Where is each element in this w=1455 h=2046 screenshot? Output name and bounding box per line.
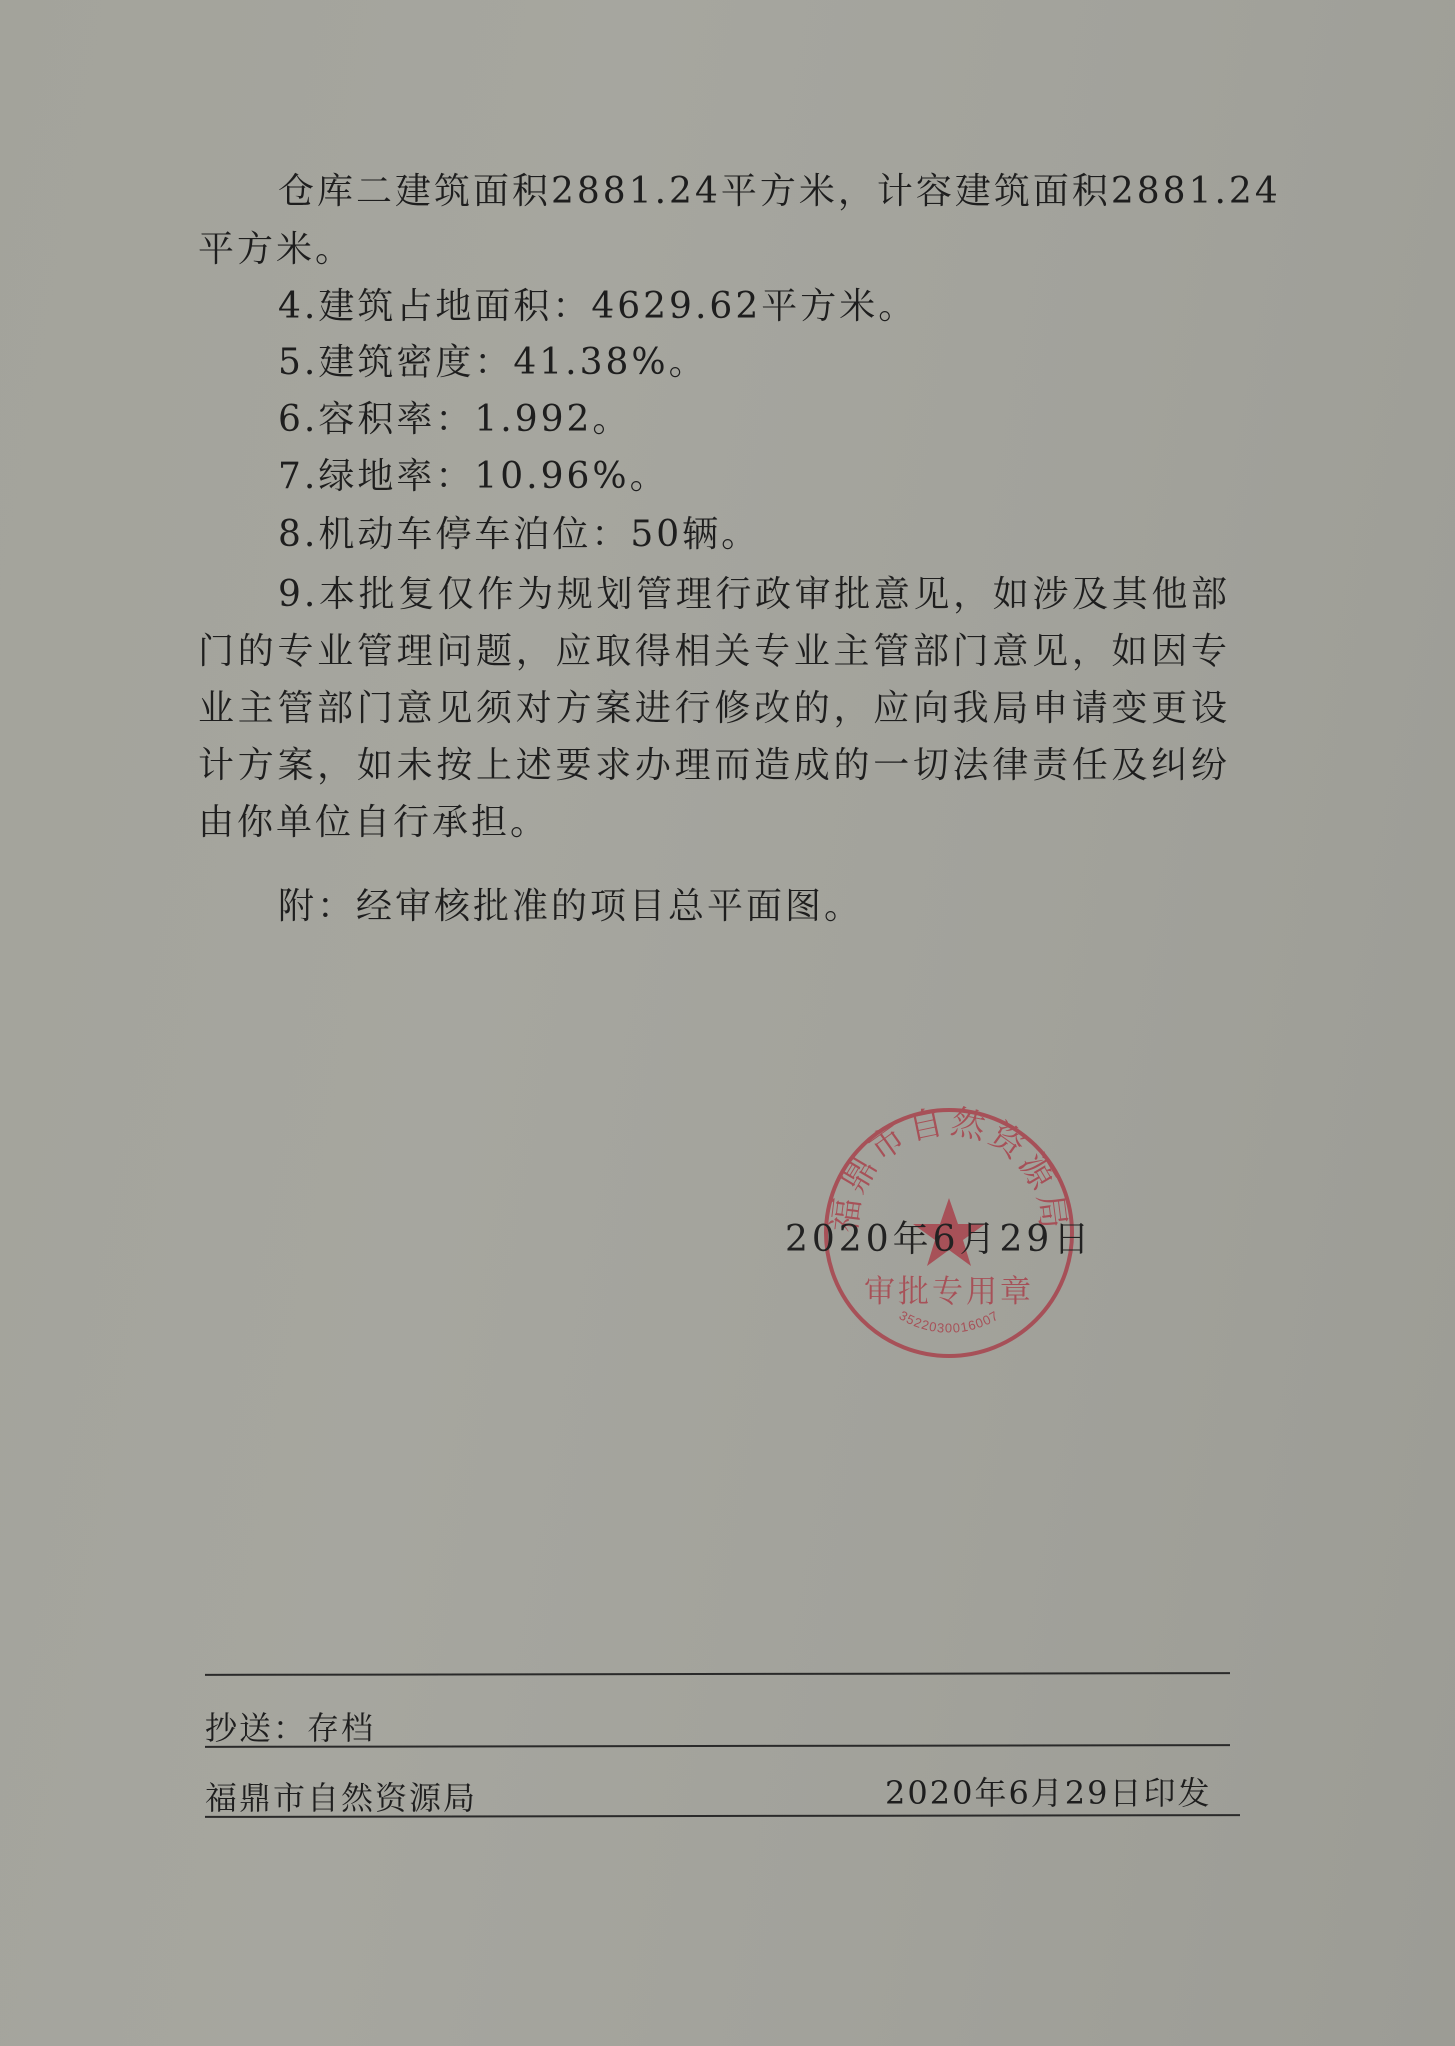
item-9-line: 9.本批复仅作为规划管理行政审批意见，如涉及其他部 — [278, 573, 1230, 617]
item-9-line: 业主管部门意见须对方案进行修改的，应向我局申请变更设 — [198, 687, 1230, 731]
item-4-building-footprint: 4.建筑占地面积：4629.62平方米。 — [278, 285, 1230, 329]
item-6-plot-ratio: 6.容积率：1.992。 — [278, 398, 1230, 442]
cc-label: 抄送：存档 — [205, 1708, 375, 1748]
footer-divider-middle — [205, 1744, 1230, 1748]
item-9-line: 门的专业管理问题，应取得相关专业主管部门意见，如因专 — [198, 630, 1230, 674]
footer-divider-bottom — [205, 1814, 1240, 1818]
svg-text:3522030016007: 3522030016007 — [897, 1308, 1002, 1336]
signature-date: 2020年6月29日 — [785, 1218, 1093, 1262]
footer-divider-top — [205, 1672, 1230, 1676]
attachment-note: 附：经审核批准的项目总平面图。 — [278, 885, 1230, 929]
seal-serial-number: 3522030016007 — [897, 1308, 1002, 1336]
paragraph-line: 仓库二建筑面积2881.24平方米，计容建筑面积2881.24 — [278, 170, 1230, 214]
seal-bottom-text: 审批专用章 — [864, 1274, 1034, 1309]
issue-date: 2020年6月29日印发 — [885, 1773, 1212, 1813]
item-9-line: 计方案，如未按上述要求办理而造成的一切法律责任及纠纷 — [198, 744, 1230, 788]
paragraph-line: 平方米。 — [198, 228, 1230, 272]
item-7-green-ratio: 7.绿地率：10.96%。 — [278, 455, 1230, 499]
item-5-building-density: 5.建筑密度：41.38%。 — [278, 341, 1230, 385]
item-9-line: 由你单位自行承担。 — [198, 801, 1230, 845]
issuing-authority: 福鼎市自然资源局 — [205, 1778, 477, 1818]
document-page: 仓库二建筑面积2881.24平方米，计容建筑面积2881.24 平方米。 4.建… — [0, 0, 1455, 2046]
item-8-parking-spaces: 8.机动车停车泊位：50辆。 — [278, 513, 1230, 557]
